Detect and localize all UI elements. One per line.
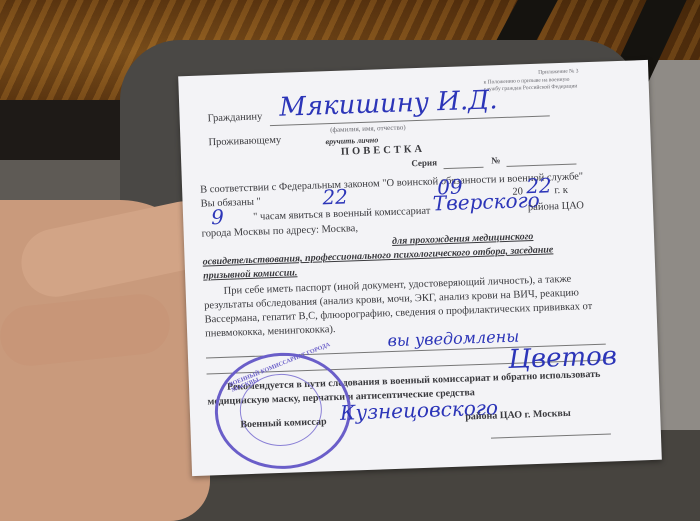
delivery-note: вручить лично: [325, 135, 378, 146]
series-label: Серия: [411, 157, 437, 168]
header-note-1: Приложение № 3: [538, 68, 578, 75]
signature-line: [491, 433, 611, 438]
number-line: [506, 163, 576, 166]
resident-label: Проживающему: [208, 135, 281, 149]
citizen-label: Гражданину: [207, 111, 262, 124]
district-suffix: района ЦАО: [528, 200, 584, 213]
series-line: [444, 167, 484, 169]
number-label: №: [491, 155, 500, 165]
summons-title: ПОВЕСТКА: [341, 144, 425, 158]
district-value: Тверского: [432, 188, 540, 216]
signature: Цветов: [508, 341, 618, 375]
citizen-name: Мякишину И.Д.: [279, 85, 498, 123]
name-caption: (фамилия, имя, отчество): [330, 123, 406, 134]
year-suffix: г. к: [554, 185, 568, 196]
day-value: 22: [322, 184, 348, 209]
summons-document: Приложение № 3 к Положению о призыве на …: [178, 60, 662, 476]
hour-value: 9: [211, 205, 225, 229]
commissar-suffix: района ЦАО г. Москвы: [465, 408, 571, 423]
